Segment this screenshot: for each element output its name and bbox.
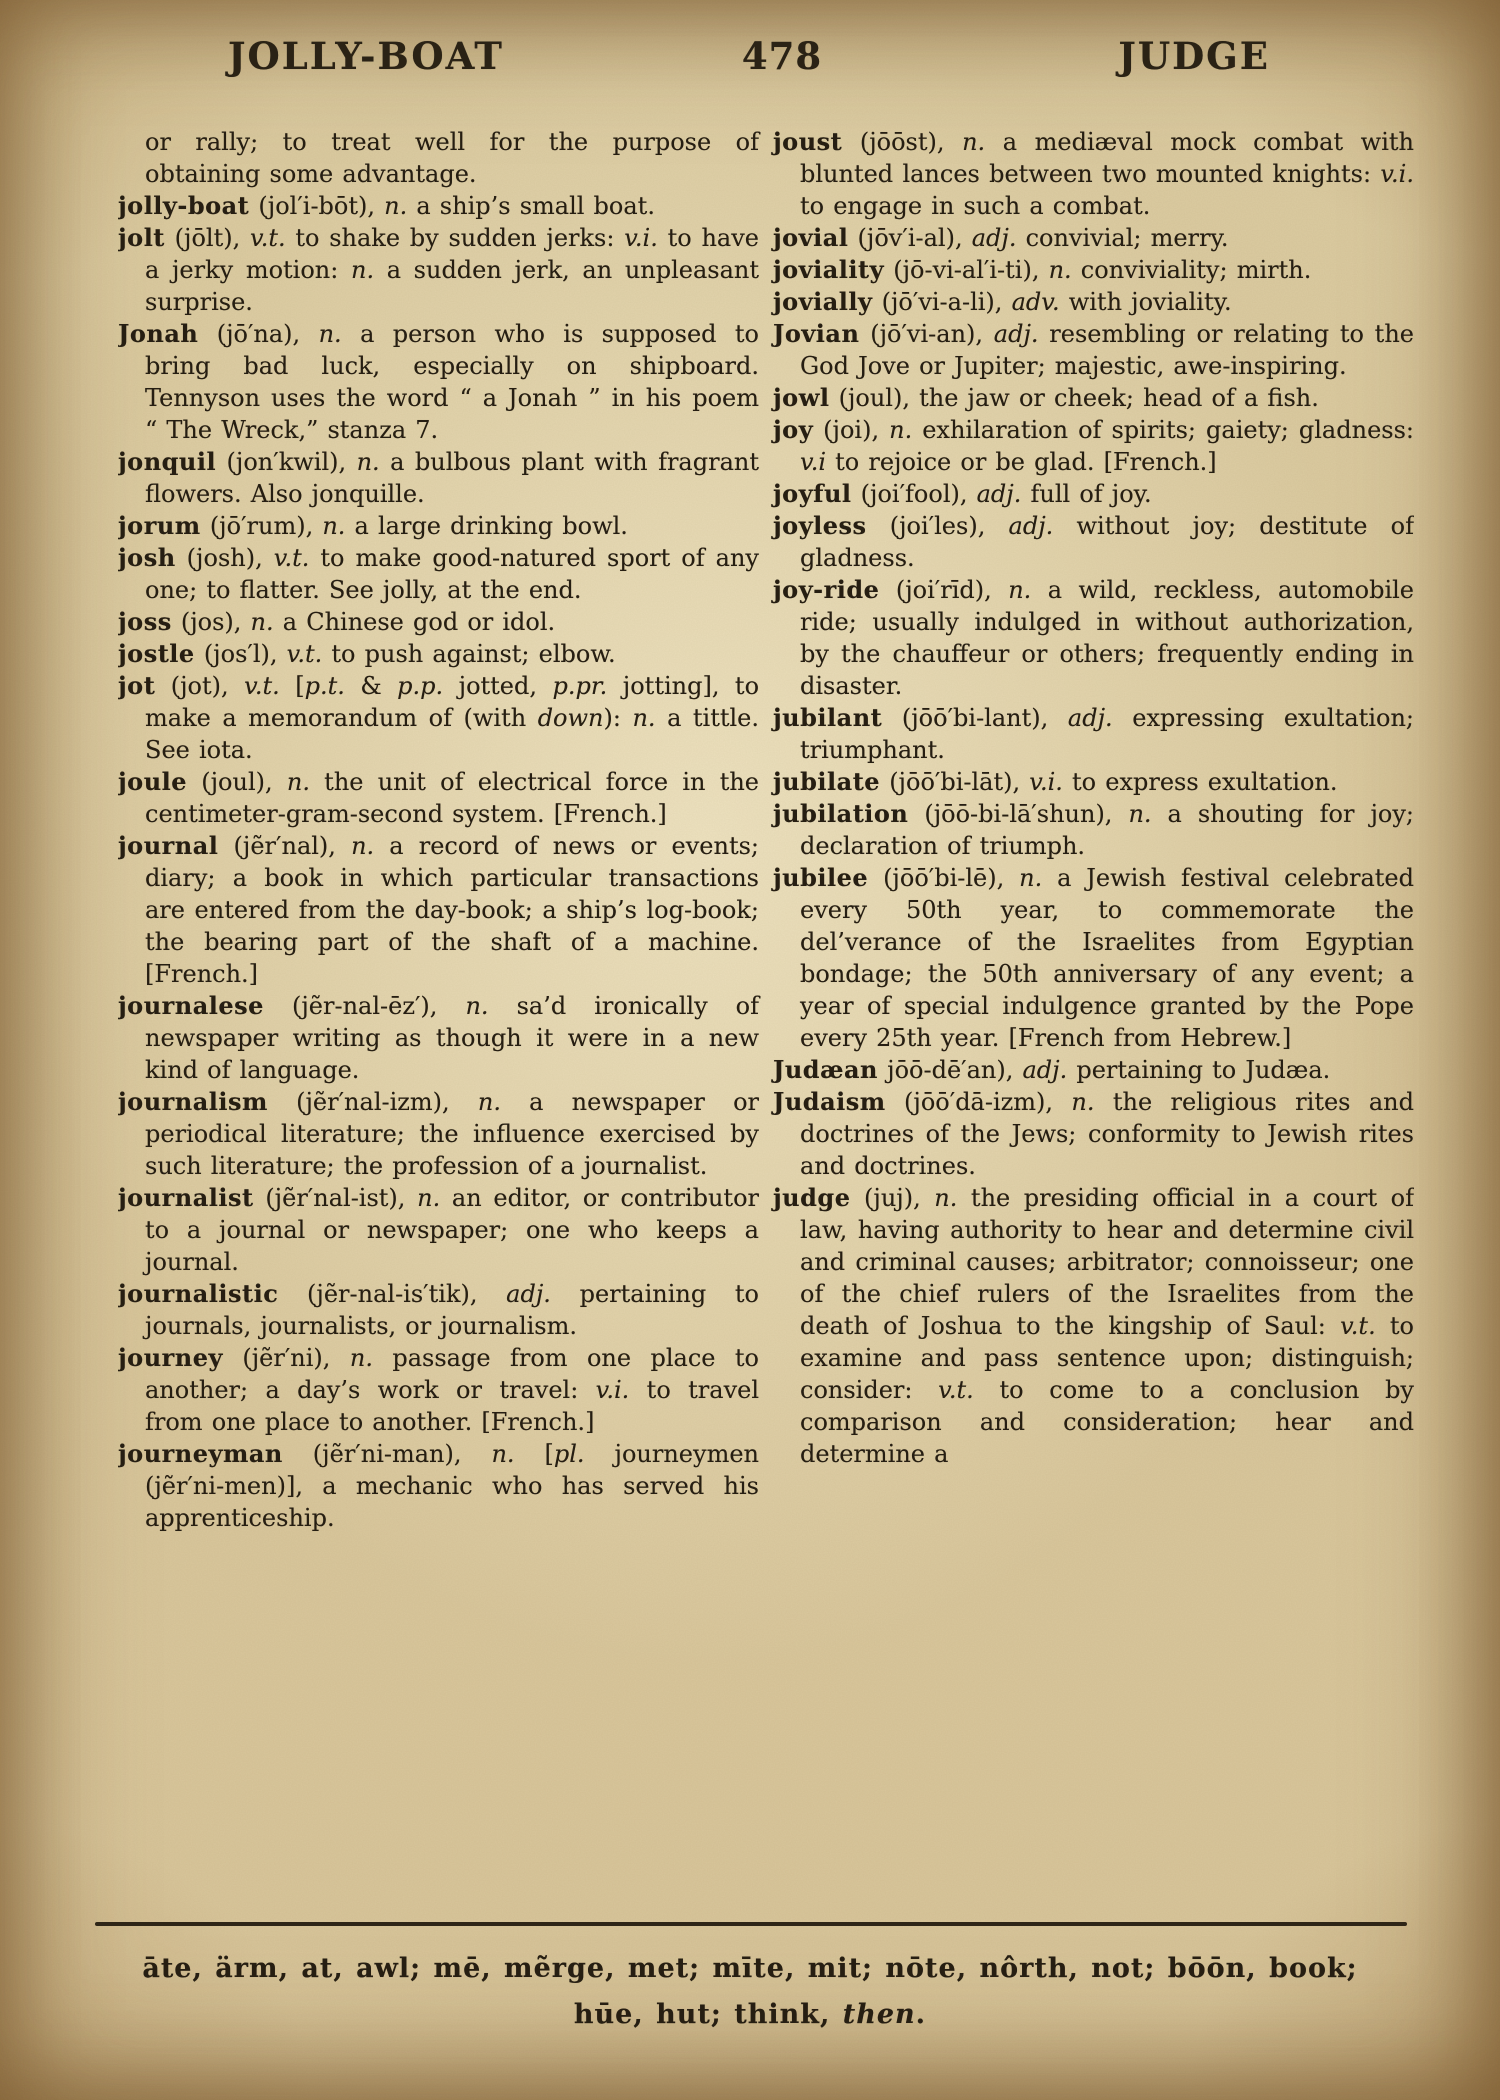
headword: jot	[118, 671, 155, 700]
headword: joviality	[773, 255, 884, 284]
italic-run: n.	[384, 192, 407, 220]
headword: jubilation	[773, 799, 908, 828]
italic-run: n.	[632, 704, 655, 732]
italic-run: v.t.	[1340, 1312, 1376, 1340]
italic-run: v.t.	[244, 672, 280, 700]
headword: joy	[773, 415, 813, 444]
italic-run: n.	[322, 512, 345, 540]
text-run: a large drinking bowl.	[345, 512, 628, 540]
italic-run: n.	[319, 320, 342, 348]
entry-journalese: journalese (jẽr-nal-ēz′), n. sa’d ironic…	[118, 990, 759, 1086]
text-run: or rally; to treat well for the purpose …	[145, 128, 759, 188]
text-run: a Jewish festival celebrated every 50th …	[800, 864, 1414, 1052]
italic-run: n.	[351, 832, 374, 860]
text-run: (joi′les),	[867, 512, 1009, 540]
headword: journalism	[118, 1087, 268, 1116]
headword: jubilee	[773, 863, 868, 892]
text-run: conviviality; mirth.	[1072, 256, 1312, 284]
italic-run: v.t.	[287, 640, 323, 668]
text-run: pertaining to Judæa.	[1067, 1056, 1330, 1084]
italic-run: adj.	[972, 224, 1017, 252]
italic-run: v.i	[800, 448, 826, 476]
headword: jolly-boat	[118, 191, 249, 220]
column-right: joust (jōōst), n. a mediæval mock combat…	[773, 126, 1414, 1914]
italic-run: v.t.	[274, 544, 310, 572]
entry-jorum: jorum (jō′rum), n. a large drinking bowl…	[118, 510, 759, 542]
headword: judge	[773, 1183, 850, 1212]
headword: journeyman	[118, 1439, 283, 1468]
text-run: (jō-vi-al′i-ti),	[884, 256, 1049, 284]
entry-joyless: joyless (joi′les), adj. without joy; des…	[773, 510, 1414, 574]
text-run: to push against; elbow.	[322, 640, 615, 668]
running-head: JOLLY-BOAT 478 JUDGE	[0, 34, 1500, 86]
italic-run: v.t.	[250, 224, 286, 252]
text-run: (jẽr-nal-ēz′),	[264, 992, 466, 1020]
text-run: with joviality.	[1060, 288, 1232, 316]
entry-jolly-boat: jolly-boat (jol′i-bōt), n. a ship’s smal…	[118, 190, 759, 222]
text-run: [	[515, 1440, 554, 1468]
entry-jonquil: jonquil (jon′kwil), n. a bulbous plant w…	[118, 446, 759, 510]
entry-joule: joule (joul), n. the unit of electrical …	[118, 766, 759, 830]
text-run: (jos′l),	[195, 640, 287, 668]
entry-jostle: jostle (jos′l), v.t. to push against; el…	[118, 638, 759, 670]
pronunciation-key: āte, ärm, at, awl; mē, mẽrge, met; mīte,…	[60, 1946, 1440, 2038]
text-run: full of joy.	[1021, 480, 1151, 508]
text-run: to engage in such a combat.	[800, 192, 1150, 220]
text-run: exhilaration of spirits; gaiety; gladnes…	[912, 416, 1414, 444]
footer-rule	[95, 1922, 1407, 1926]
italic-run: n.	[1071, 1088, 1094, 1116]
text-run: &	[345, 672, 397, 700]
text-run: hūe, hut; think,	[574, 1999, 843, 2030]
dictionary-columns: or rally; to treat well for the purpose …	[118, 126, 1414, 1914]
text-run: a Chinese god or idol.	[274, 608, 556, 636]
italic-run: then	[843, 1999, 916, 2030]
italic-run: pl.	[554, 1440, 585, 1468]
text-run: jōō-dē′an),	[878, 1056, 1022, 1084]
italic-run: v.i.	[1029, 768, 1063, 796]
entry-jubilation: jubilation (jōō-bi-lā′shun), n. a shouti…	[773, 798, 1414, 862]
italic-run: v.i.	[596, 1376, 630, 1404]
text-run: (jō′rum),	[201, 512, 323, 540]
headword: jorum	[118, 511, 201, 540]
italic-run: p.t.	[305, 672, 345, 700]
entry-judaism: Judaism (jōō′dā-izm), n. the religious r…	[773, 1086, 1414, 1182]
italic-run: adj.	[1068, 704, 1113, 732]
text-run: [	[280, 672, 305, 700]
entry-journalist: journalist (jẽr′nal-ist), n. an editor, …	[118, 1182, 759, 1278]
entry-journalism: journalism (jẽr′nal-izm), n. a newspaper…	[118, 1086, 759, 1182]
italic-run: v.t.	[938, 1376, 974, 1404]
text-run: (jẽr-nal-is′tik),	[278, 1280, 506, 1308]
text-run: (joi),	[813, 416, 889, 444]
italic-run: p.p.	[397, 672, 443, 700]
italic-run: n.	[465, 992, 488, 1020]
text-run: (jōōst),	[842, 128, 962, 156]
text-run: (jon′kwil),	[216, 448, 356, 476]
text-run: (josh),	[176, 544, 274, 572]
italic-run: n.	[350, 1344, 373, 1372]
italic-run: n.	[287, 768, 310, 796]
headword: joss	[118, 607, 172, 636]
text-run: (jōō′bi-lāt),	[880, 768, 1029, 796]
entry-jubilate: jubilate (jōō′bi-lāt), v.i. to express e…	[773, 766, 1414, 798]
italic-run: v.i.	[1380, 160, 1414, 188]
text-run: (jẽr′nal),	[218, 832, 351, 860]
headword: joyful	[773, 479, 852, 508]
text-run: (joul), the jaw or cheek; head of a fish…	[829, 384, 1318, 412]
headword: Jonah	[118, 319, 198, 348]
headword: jubilant	[773, 703, 882, 732]
entry-jolt: jolt (jōlt), v.t. to shake by sudden jer…	[118, 222, 759, 318]
entry-joss: joss (jos), n. a Chinese god or idol.	[118, 606, 759, 638]
headword: journal	[118, 831, 218, 860]
entry-jovially: jovially (jō′vi-a-li), adv. with joviali…	[773, 286, 1414, 318]
headword: josh	[118, 543, 176, 572]
text-run: (jō′na),	[198, 320, 318, 348]
headword: jubilate	[773, 767, 880, 796]
italic-run: p.pr.	[552, 672, 607, 700]
text-run: (jōō-bi-lā′shun),	[908, 800, 1128, 828]
headword: Judaism	[773, 1087, 886, 1116]
headword: joy-ride	[773, 575, 879, 604]
column-left: or rally; to treat well for the purpose …	[118, 126, 759, 1914]
entry-joy-ride: joy-ride (joi′rīd), n. a wild, reckless,…	[773, 574, 1414, 702]
entry-journalistic: journalistic (jẽr-nal-is′tik), adj. pert…	[118, 1278, 759, 1342]
headword: jolt	[118, 223, 165, 252]
text-run: (jẽr′ni-man),	[283, 1440, 492, 1468]
entry-journey: journey (jẽr′ni), n. passage from one pl…	[118, 1342, 759, 1438]
entry-joyful: joyful (joi′fool), adj. full of joy.	[773, 478, 1414, 510]
pronunciation-key-line1: āte, ärm, at, awl; mē, mẽrge, met; mīte,…	[60, 1946, 1440, 1992]
entry-jovian: Jovian (jō′vi-an), adj. resembling or re…	[773, 318, 1414, 382]
text-run: (joul),	[187, 768, 287, 796]
headword: jowl	[773, 383, 829, 412]
italic-run: n.	[889, 416, 912, 444]
text-run: (jōv′i-al),	[848, 224, 971, 252]
entry-judge: judge (juj), n. the presiding official i…	[773, 1182, 1414, 1470]
entry-joust: joust (jōōst), n. a mediæval mock combat…	[773, 126, 1414, 222]
headword: joyless	[773, 511, 867, 540]
text-run: a ship’s small boat.	[407, 192, 655, 220]
italic-run: adj.	[977, 480, 1022, 508]
text-run: (joi′fool),	[852, 480, 977, 508]
text-run: (jẽr′ni),	[223, 1344, 350, 1372]
entry-jubilee: jubilee (jōō′bi-lē), n. a Jewish festiva…	[773, 862, 1414, 1054]
italic-run: n.	[1019, 864, 1042, 892]
text-run: (jōō′bi-lē),	[868, 864, 1019, 892]
headword: jonquil	[118, 447, 216, 476]
entry-jubilant: jubilant (jōō′bi-lant), adj. expressing …	[773, 702, 1414, 766]
headword: joust	[773, 127, 842, 156]
headword: journalese	[118, 991, 264, 1020]
entry-jowl: jowl (joul), the jaw or cheek; head of a…	[773, 382, 1414, 414]
text-run: (jōlt),	[165, 224, 250, 252]
pronunciation-key-line2: hūe, hut; think, then.	[60, 1992, 1440, 2038]
text-run: ):	[604, 704, 633, 732]
entry-jonah: Jonah (jō′na), n. a person who is suppos…	[118, 318, 759, 446]
headword: journalistic	[118, 1279, 278, 1308]
text-run: (jō′vi-an),	[859, 320, 993, 348]
entry-journeyman: journeyman (jẽr′ni-man), n. [pl. journey…	[118, 1438, 759, 1534]
running-head-right: JUDGE	[1118, 34, 1270, 78]
headword: journey	[118, 1343, 223, 1372]
headword: Judæan	[773, 1055, 878, 1084]
italic-run: n.	[357, 448, 380, 476]
italic-run: down	[538, 704, 604, 732]
headword: journalist	[118, 1183, 254, 1212]
italic-run: adj.	[506, 1280, 551, 1308]
entry-jot: jot (jot), v.t. [p.t. & p.p. jotted, p.p…	[118, 670, 759, 766]
text-run: (juj),	[850, 1184, 934, 1212]
italic-run: n.	[478, 1088, 501, 1116]
italic-run: n.	[491, 1440, 514, 1468]
italic-run: n.	[1128, 800, 1151, 828]
entry-josh: josh (josh), v.t. to make good-natured s…	[118, 542, 759, 606]
entry-judaean: Judæan jōō-dē′an), adj. pertaining to Ju…	[773, 1054, 1414, 1086]
italic-run: adj.	[1009, 512, 1054, 540]
text-run: to rejoice or be glad. [French.]	[826, 448, 1217, 476]
entry-journal: journal (jẽr′nal), n. a record of news o…	[118, 830, 759, 990]
text-run: to express exultation.	[1063, 768, 1338, 796]
headword: Jovian	[773, 319, 859, 348]
italic-run: adj.	[994, 320, 1039, 348]
page-number: 478	[742, 34, 822, 78]
italic-run: adj.	[1022, 1056, 1067, 1084]
italic-run: n.	[1008, 576, 1031, 604]
text-run: (jōō′dā-izm),	[886, 1088, 1072, 1116]
italic-run: adv.	[1012, 288, 1060, 316]
dictionary-page: JOLLY-BOAT 478 JUDGE or rally; to treat …	[0, 0, 1500, 2100]
text-run: (joi′rīd),	[879, 576, 1008, 604]
text-run: (jō′vi-a-li),	[872, 288, 1011, 316]
headword: jostle	[118, 639, 195, 668]
text-run: (jol′i-bōt),	[249, 192, 384, 220]
text-run: to shake by sudden jerks:	[286, 224, 625, 252]
italic-run: n.	[1049, 256, 1072, 284]
headword: jovially	[773, 287, 872, 316]
italic-run: n.	[251, 608, 274, 636]
text-run: (jot),	[155, 672, 244, 700]
italic-run: n.	[962, 128, 985, 156]
text-run: .	[916, 1999, 926, 2030]
italic-run: n.	[417, 1184, 440, 1212]
entry-jovial: jovial (jōv′i-al), adj. convivial; merry…	[773, 222, 1414, 254]
entry-joviality: joviality (jō-vi-al′i-ti), n. conviviali…	[773, 254, 1414, 286]
text-run: convivial; merry.	[1016, 224, 1228, 252]
text-run: (jos),	[172, 608, 251, 636]
headword: jovial	[773, 223, 848, 252]
headword: joule	[118, 767, 187, 796]
text-run: (jẽr′nal-ist),	[254, 1184, 418, 1212]
entry-jolly-continuation: or rally; to treat well for the purpose …	[118, 126, 759, 190]
italic-run: n.	[351, 256, 374, 284]
text-run: (jōō′bi-lant),	[882, 704, 1068, 732]
italic-run: n.	[934, 1184, 957, 1212]
text-run: (jẽr′nal-izm),	[268, 1088, 478, 1116]
italic-run: v.i.	[624, 224, 658, 252]
entry-joy: joy (joi), n. exhilaration of spirits; g…	[773, 414, 1414, 478]
running-head-left: JOLLY-BOAT	[228, 34, 504, 78]
text-run: jotted,	[443, 672, 552, 700]
